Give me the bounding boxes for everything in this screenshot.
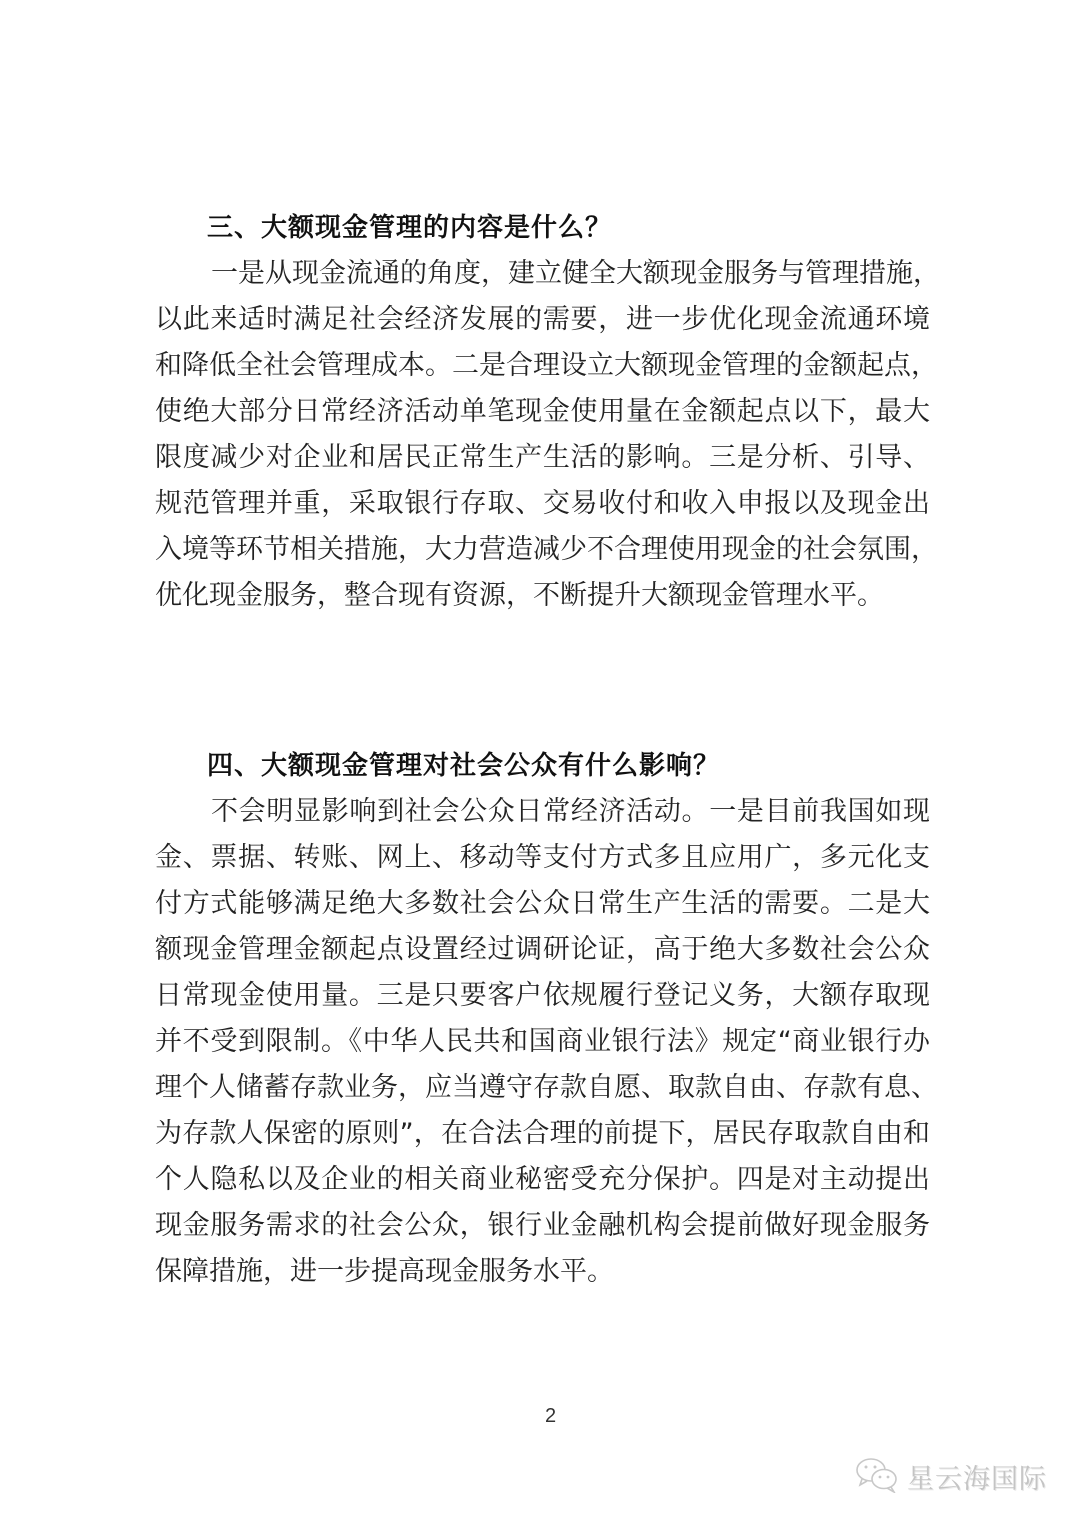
paragraph-line: 付方式能够满足绝大多数社会公众日常生产生活的需要。二是大 [155, 881, 930, 927]
section-3: 三、大额现金管理的内容是什么？ 一是从现金流通的角度，建立健全大额现金服务与管理… [155, 205, 930, 619]
paragraph-line: 限度减少对企业和居民正常生产生活的影响。三是分析、引导、 [155, 435, 930, 481]
section-4: 四、大额现金管理对社会公众有什么影响？ 不会明显影响到社会公众日常经济活动。一是… [155, 743, 930, 1295]
watermark: 星云海国际 [855, 1455, 1047, 1497]
paragraph-line: 现金服务需求的社会公众，银行业金融机构会提前做好现金服务 [155, 1203, 930, 1249]
document-page: 三、大额现金管理的内容是什么？ 一是从现金流通的角度，建立健全大额现金服务与管理… [0, 0, 1080, 1527]
paragraph-line: 一是从现金流通的角度，建立健全大额现金服务与管理措施， [155, 251, 930, 297]
section-paragraph: 一是从现金流通的角度，建立健全大额现金服务与管理措施， 以此来适时满足社会经济发… [155, 251, 930, 619]
wechat-icon [855, 1455, 899, 1497]
watermark-text: 星云海国际 [907, 1457, 1047, 1496]
paragraph-line: 日常现金使用量。三是只要客户依规履行登记义务，大额存取现 [155, 973, 930, 1019]
paragraph-line: 不会明显影响到社会公众日常经济活动。一是目前我国如现 [155, 789, 930, 835]
paragraph-line: 优化现金服务，整合现有资源，不断提升大额现金管理水平。 [155, 573, 930, 619]
section-heading: 四、大额现金管理对社会公众有什么影响？ [155, 743, 930, 789]
paragraph-line: 额现金管理金额起点设置经过调研论证，高于绝大多数社会公众 [155, 927, 930, 973]
paragraph-line: 和降低全社会管理成本。二是合理设立大额现金管理的金额起点， [155, 343, 930, 389]
page-number: 2 [545, 1405, 556, 1428]
paragraph-line: 入境等环节相关措施，大力营造减少不合理使用现金的社会氛围， [155, 527, 930, 573]
paragraph-line: 保障措施，进一步提高现金服务水平。 [155, 1249, 930, 1295]
paragraph-line: 理个人储蓄存款业务，应当遵守存款自愿、取款自由、存款有息、 [155, 1065, 930, 1111]
paragraph-line: 使绝大部分日常经济活动单笔现金使用量在金额起点以下，最大 [155, 389, 930, 435]
paragraph-line: 规范管理并重，采取银行存取、交易收付和收入申报以及现金出 [155, 481, 930, 527]
paragraph-line: 为存款人保密的原则”，在合法合理的前提下，居民存取款自由和 [155, 1111, 930, 1157]
paragraph-line: 个人隐私以及企业的相关商业秘密受充分保护。四是对主动提出 [155, 1157, 930, 1203]
paragraph-line: 并不受到限制。《中华人民共和国商业银行法》规定“商业银行办 [155, 1019, 930, 1065]
section-heading: 三、大额现金管理的内容是什么？ [155, 205, 930, 251]
section-paragraph: 不会明显影响到社会公众日常经济活动。一是目前我国如现 金、票据、转账、网上、移动… [155, 789, 930, 1295]
paragraph-line: 金、票据、转账、网上、移动等支付方式多且应用广，多元化支 [155, 835, 930, 881]
paragraph-line: 以此来适时满足社会经济发展的需要，进一步优化现金流通环境 [155, 297, 930, 343]
